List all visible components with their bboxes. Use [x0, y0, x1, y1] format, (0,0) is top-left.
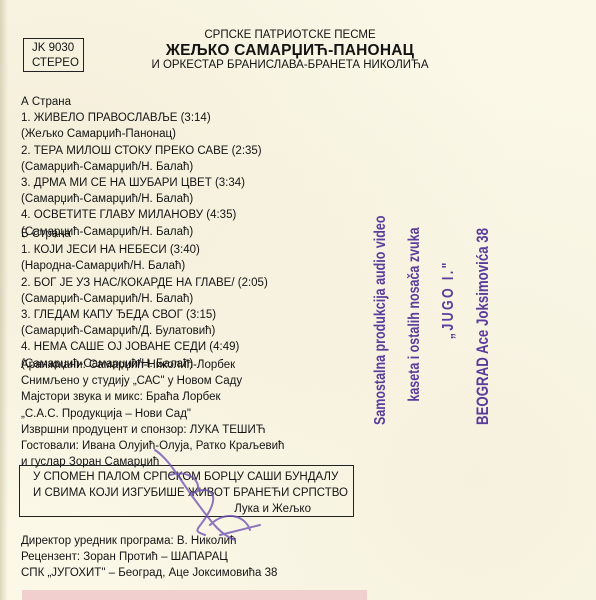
artist-name: ЖЕЉКО САМАРЏИЋ-ПАНОНАЦ — [140, 42, 440, 59]
track-credits: (Самарџић-Самарџић/Д. Булатовић) — [21, 323, 268, 339]
track-title: 3. ДРМА МИ СЕ НА ШУБАРИ ЦВЕТ (3:34) — [21, 175, 262, 191]
stamp-line: BEOGRAD Ace Joksimovića 38 — [472, 168, 506, 425]
credit-line: Аранжмани: Самарџић-Николић-Лорбек — [21, 357, 284, 373]
side-a-label: А Страна — [21, 94, 262, 110]
paper-edge — [0, 0, 8, 600]
pink-strip — [22, 590, 367, 600]
stamp-line: kaseta i ostalih nosača zvuka — [404, 168, 438, 425]
credit-line: Снимљено у студију „САС" у Новом Саду — [21, 373, 284, 389]
track-title: 1. ЖИВЕЛО ПРАВОСЛАВЉЕ (3:14) — [21, 110, 262, 126]
side-b-tracklist: Б Страна 1. КОЈИ ЈЕСИ НА НЕБЕСИ (3:40) (… — [21, 226, 268, 372]
side-a-tracklist: А Страна 1. ЖИВЕЛО ПРАВОСЛАВЉЕ (3:14) (Ж… — [21, 94, 262, 240]
track-credits: (Самарџић-Самарџић/Н. Балаћ) — [21, 291, 268, 307]
footer-line: СПК „ЈУГОХИТ" – Београд, Аце Јоксимовића… — [21, 565, 277, 581]
stamp-line: Samostalna produkcija audio video — [370, 168, 404, 425]
track-credits: (Жељко Самарџић-Панонац) — [21, 126, 262, 142]
track-credits: (Самарџић-Самарџић/Н. Балаћ) — [21, 159, 262, 175]
credit-line: Извршни продуцент и спонзор: ЛУКА ТЕШИЋ — [21, 422, 284, 438]
ink-signature-icon — [150, 440, 270, 550]
track-title: 4. НЕМА САШЕ ОЈ ЈОВАНЕ СЕДИ (4:49) — [21, 339, 268, 355]
catalog-box: JK 9030 СТЕРЕО — [23, 38, 84, 72]
orchestra-name: И ОРКЕСТАР БРАНИСЛАВА-БРАНЕТА НИКОЛИЋА — [140, 59, 440, 72]
track-title: 3. ГЛЕДАМ КАПУ ЂЕДА СВОГ (3:15) — [21, 307, 268, 323]
catalog-format: СТЕРЕО — [32, 56, 83, 71]
track-title: 1. КОЈИ ЈЕСИ НА НЕБЕСИ (3:40) — [21, 242, 268, 258]
footer-line: Рецензент: Зоран Протић – ШАПАРАЦ — [21, 549, 277, 565]
track-credits: (Народна-Самарџић/Н. Балаћ) — [21, 258, 268, 274]
track-title: 2. БОГ ЈЕ УЗ НАС/КОКАРДЕ НА ГЛАВЕ/ (2:05… — [21, 275, 268, 291]
distributor-stamp: Samostalna produkcija audio video kaseta… — [370, 95, 506, 425]
album-header: СРПСКЕ ПАТРИОТСКЕ ПЕСМЕ ЖЕЉКО САМАРЏИЋ-П… — [140, 29, 440, 72]
track-title: 4. ОСВЕТИТЕ ГЛАВУ МИЛАНОВУ (4:35) — [21, 207, 262, 223]
credit-line: Мајстори звука и микс: Браћа Лорбек — [21, 389, 284, 405]
album-subtitle: СРПСКЕ ПАТРИОТСКЕ ПЕСМЕ — [140, 29, 440, 42]
stamp-line: „JUGO I." — [438, 168, 472, 425]
credit-line: „С.А.С. Продукција – Нови Сад" — [21, 406, 284, 422]
catalog-number: JK 9030 — [32, 41, 83, 56]
track-credits: (Самарџић-Самарџић/Н. Балаћ) — [21, 191, 262, 207]
track-title: 2. ТЕРА МИЛОШ СТОКУ ПРЕКО САВЕ (2:35) — [21, 143, 262, 159]
side-b-label: Б Страна — [21, 226, 268, 242]
